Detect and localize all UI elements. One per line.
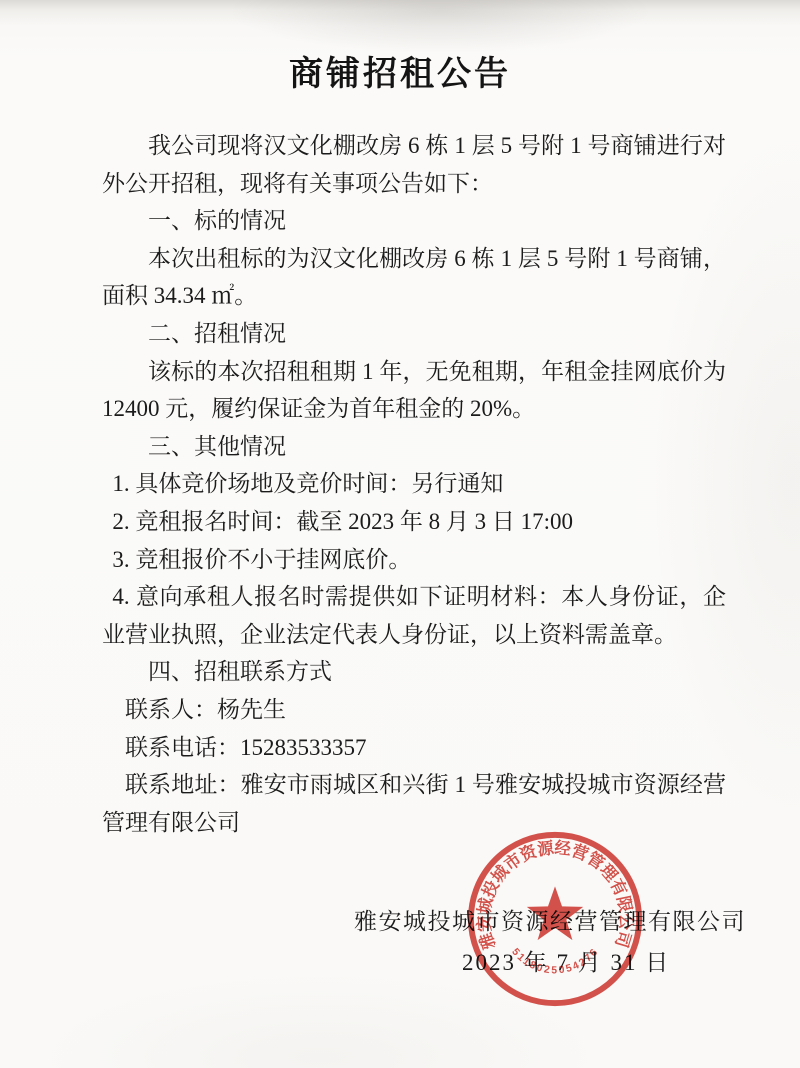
list-item-2: 2. 竞租报名时间：截至 2023 年 8 月 3 日 17:00 [102,503,726,541]
contact-person: 联系人：杨先生 [102,691,726,729]
list-item-4: 4. 意向承租人报名时需提供如下证明材料：本人身份证，企业营业执照，企业法定代表… [102,578,726,653]
section-2-body: 该标的本次招租租期 1 年，无免租期，年租金挂网底价为 12400 元，履约保证… [102,353,726,428]
company-seal-stamp: 雅安城投城市资源经营管理有限公司 5118025054276 [461,825,649,1013]
star-icon [527,886,583,940]
list-item-1: 1. 具体竞价场地及竞价时间：另行通知 [102,465,726,503]
section-4-heading: 四、招租联系方式 [102,653,726,691]
contact-phone: 联系电话：15283533357 [102,729,726,767]
intro-paragraph: 我公司现将汉文化棚改房 6 栋 1 层 5 号附 1 号商铺进行对外公开招租，现… [102,127,726,202]
section-1-heading: 一、标的情况 [102,202,726,240]
svg-text:5118025054276: 5118025054276 [509,947,600,977]
list-item-3: 3. 竞租报价不小于挂网底价。 [102,541,726,579]
document-page: 商铺招租公告 我公司现将汉文化棚改房 6 栋 1 层 5 号附 1 号商铺进行对… [0,0,800,1068]
section-3-heading: 三、其他情况 [102,428,726,466]
seal-serial-number: 5118025054276 [509,947,600,977]
section-2-heading: 二、招租情况 [102,315,726,353]
document-body: 我公司现将汉文化棚改房 6 栋 1 层 5 号附 1 号商铺进行对外公开招租，现… [102,127,726,841]
section-1-body: 本次出租标的为汉文化棚改房 6 栋 1 层 5 号附 1 号商铺，面积 34.3… [102,240,726,315]
page-title: 商铺招租公告 [0,46,800,95]
